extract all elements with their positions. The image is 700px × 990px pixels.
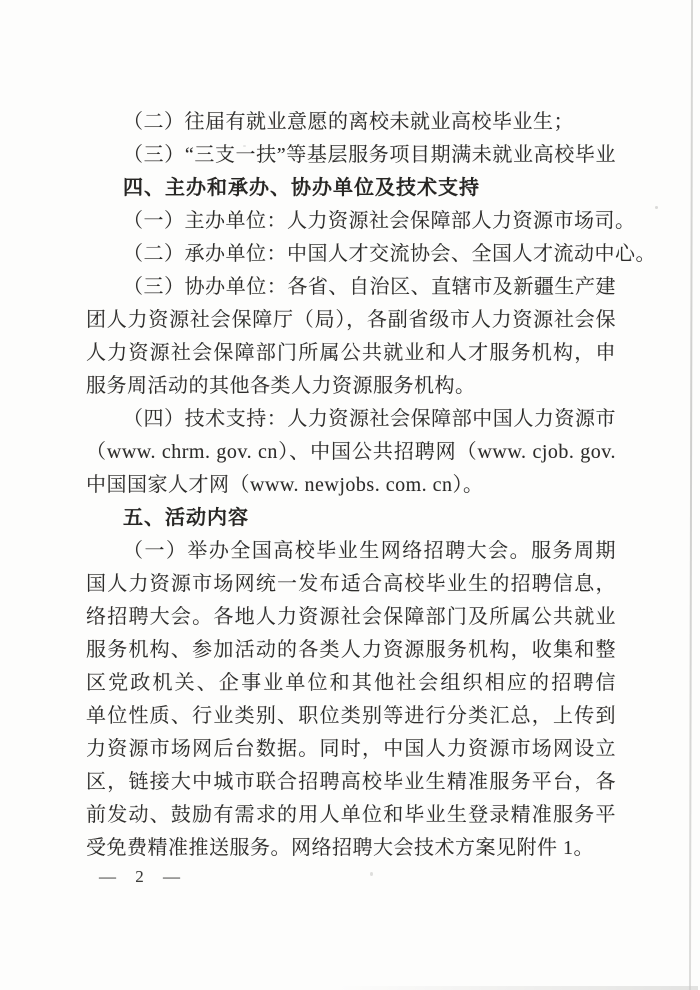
text-line: 国人力资源市场网统一发布适合高校毕业生的招聘信息，举办网 [86, 568, 616, 601]
text-line: 服务机构、参加活动的各类人力资源服务机构，收集和整理本地 [86, 634, 616, 667]
scan-speck [655, 206, 658, 209]
text-line: （二）承办单位：中国人才交流协会、全国人才流动中心。 [86, 238, 616, 271]
text-line: 人力资源社会保障部门所属公共就业和人才服务机构，申请参加 [86, 337, 616, 370]
text-line: 中国国家人才网（www. newjobs. com. cn）。 [86, 469, 616, 502]
document-page: （二）往届有就业意愿的离校未就业高校毕业生；（三）“三支一扶”等基层服务项目期满… [0, 0, 700, 990]
document-body: （二）往届有就业意愿的离校未就业高校毕业生；（三）“三支一扶”等基层服务项目期满… [86, 106, 616, 865]
text-line: （三）“三支一扶”等基层服务项目期满未就业高校毕业生。 [86, 139, 616, 172]
text-line: 前发动、鼓励有需求的用人单位和毕业生登录精准服务平台，享 [86, 799, 616, 832]
text-line: 络招聘大会。各地人力资源社会保障部门及所属公共就业和人才 [86, 601, 616, 634]
text-line: （三）协办单位：各省、自治区、直辖市及新疆生产建设兵 [86, 271, 616, 304]
text-line: 团人力资源社会保障厅（局），各副省级市人力资源社会保障局， [86, 304, 616, 337]
text-line: （一）主办单位：人力资源社会保障部人力资源市场司。 [86, 205, 616, 238]
text-line: 区党政机关、企事业单位和其他社会组织相应的招聘信息，并按 [86, 667, 616, 700]
scan-speck [243, 145, 246, 147]
text-line: 力资源市场网后台数据。同时，中国人力资源市场网设立活动专 [86, 733, 616, 766]
text-line: 受免费精准推送服务。网络招聘大会技术方案见附件 1。 [86, 832, 616, 865]
page-number: — 2 — [99, 866, 185, 888]
scan-edge-line [689, 0, 693, 990]
text-line: （二）往届有就业意愿的离校未就业高校毕业生； [86, 106, 616, 139]
scan-speck [370, 872, 373, 876]
text-line: 单位性质、行业类别、职位类别等进行分类汇总，上传到中国人 [86, 700, 616, 733]
text-line: （www. chrm. gov. cn）、中国公共招聘网（www. cjob. … [86, 436, 616, 469]
text-line: （一）举办全国高校毕业生网络招聘大会。服务周期间，中 [86, 535, 616, 568]
text-line: 区，链接大中城市联合招聘高校毕业生精准服务平台，各地可提 [86, 766, 616, 799]
scan-bottom-shade [338, 986, 698, 990]
text-line: 服务周活动的其他各类人力资源服务机构。 [86, 370, 616, 403]
text-line: （四）技术支持：人力资源社会保障部中国人力资源市场网 [86, 403, 616, 436]
section-heading: 四、主办和承办、协办单位及技术支持 [86, 172, 616, 205]
section-heading: 五、活动内容 [86, 502, 616, 535]
